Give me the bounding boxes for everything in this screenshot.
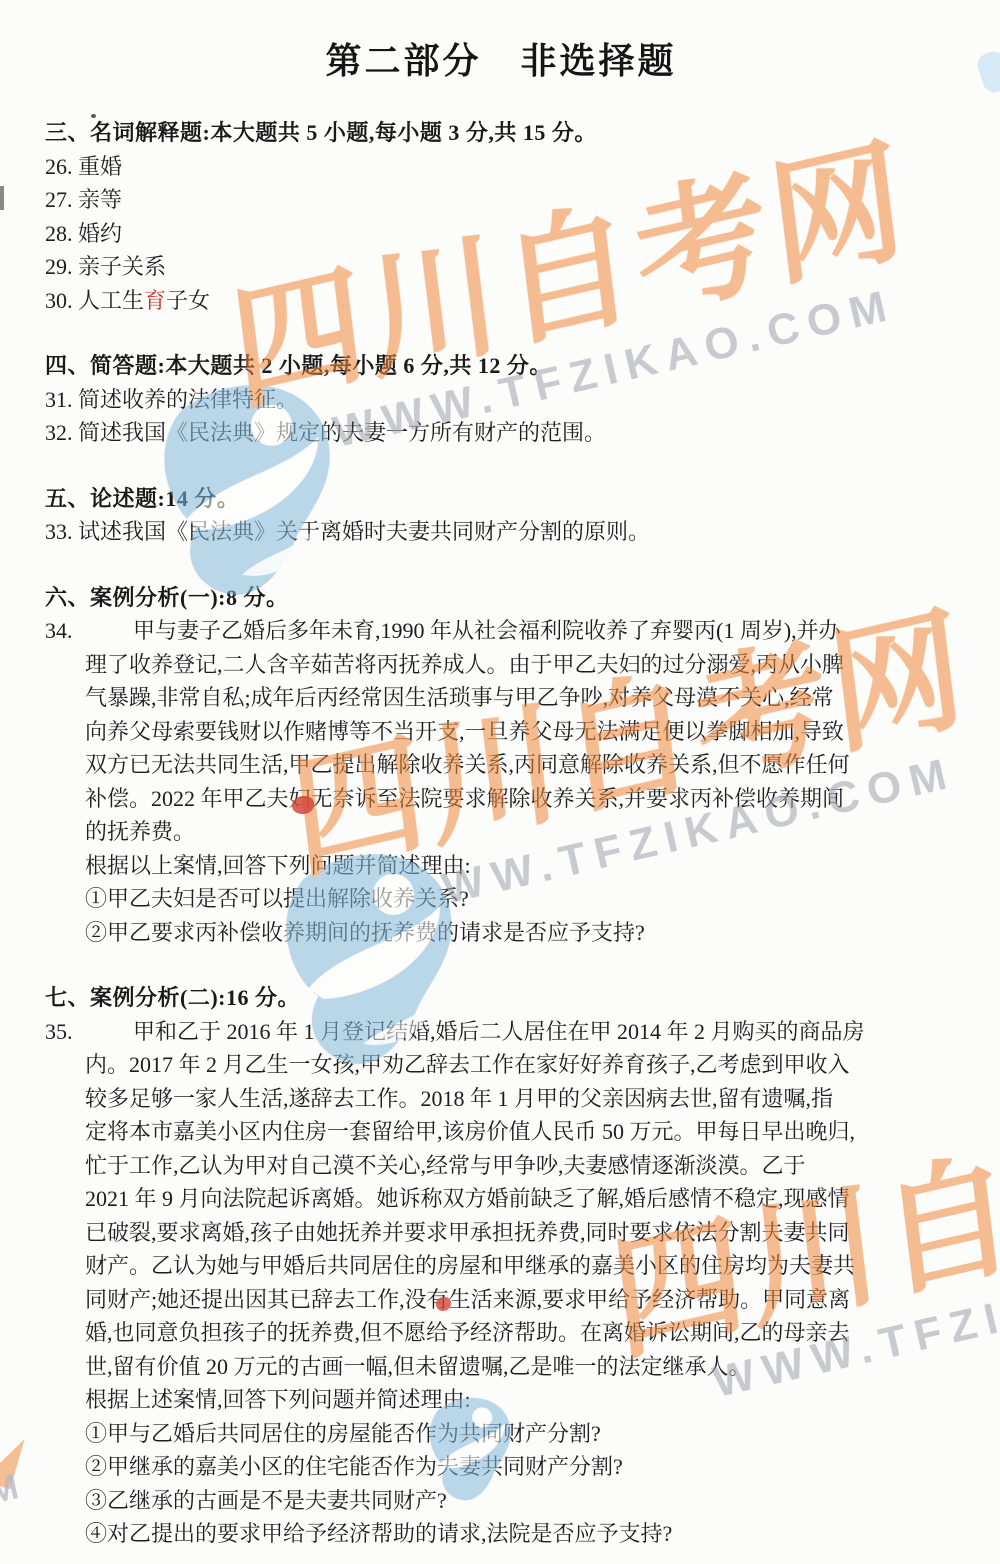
- text-segment: 的抚养费。: [85, 819, 195, 844]
- text-segment: 35.: [45, 1015, 133, 1049]
- text-line: 定将本市嘉美小区内住房一套留给甲,该房价值人民币 50 万元。甲每日早出晚归,: [45, 1115, 957, 1149]
- text-segment: 30. 人工生: [45, 288, 144, 313]
- text-line: ③乙继承的古画是不是夫妻共同财产?: [45, 1484, 957, 1518]
- text-segment: ①甲与乙婚后共同居住的房屋能否作为共同财产分割?: [85, 1421, 601, 1446]
- text-segment: 31. 简述收养的法律特征。: [45, 387, 298, 412]
- text-line: 补偿。2022 年甲乙夫妇无奈诉至法院要求解除收养关系,并要求丙补偿收养期间: [45, 782, 957, 816]
- clipped-watermark-fragment: [0, 1431, 25, 1489]
- text-line: 33. 试述我国《民法典》关于离婚时夫妻共同财产分割的原则。: [45, 515, 957, 549]
- section-heading: 四、简答题:本大题共 2 小题,每小题 6 分,共 12 分。: [45, 349, 957, 383]
- section-heading: 七、案例分析(二):16 分。: [45, 981, 957, 1015]
- text-segment: 甲与妻子乙婚后多年未育,1990 年从社会福利院收养了弃婴丙(1 周岁),并办: [133, 618, 841, 643]
- exam-sections: 三、名词解释题:本大题共 5 小题,每小题 3 分,共 15 分。26. 重婚2…: [45, 116, 957, 1551]
- text-line: 同财产;她还提出因其已辞去工作,没有生活来源,要求甲给予经济帮助。甲同意离: [45, 1283, 957, 1317]
- section-essay: 五、论述题:14 分。33. 试述我国《民法典》关于离婚时夫妻共同财产分割的原则…: [45, 482, 957, 549]
- text-line: 内。2017 年 2 月乙生一女孩,甲劝乙辞去工作在家好好养育孩子,乙考虑到甲收…: [45, 1048, 957, 1082]
- text-segment: 33. 试述我国《民法典》关于离婚时夫妻共同财产分割的原则。: [45, 519, 650, 544]
- text-segment: 已破裂,要求离婚,孩子由她抚养并要求甲承担抚养费,同时要求依法分割夫妻共同: [85, 1220, 850, 1245]
- text-line: 32. 简述我国《民法典》规定的夫妻一方所有财产的范围。: [45, 416, 957, 450]
- text-line: 根据以上案情,回答下列问题并简述理由:: [45, 849, 957, 883]
- text-segment: ④对乙提出的要求甲给予经济帮助的请求,法院是否应予支持?: [85, 1521, 672, 1546]
- text-segment: 理了收养登记,二人含辛茹苦将丙抚养成人。由于甲乙夫妇的过分溺爱,丙从小脾: [85, 652, 844, 677]
- text-line: 向养父母索要钱财以作赌博等不当开支,一旦养父母无法满足便以拳脚相加,导致: [45, 715, 957, 749]
- section-case-analysis-2: 七、案例分析(二):16 分。35.甲和乙于 2016 年 1 月登记结婚,婚后…: [45, 981, 957, 1551]
- text-segment: 26. 重婚: [45, 154, 122, 179]
- clipped-mascot-fragment: [975, 49, 1000, 96]
- section-case-analysis-1: 六、案例分析(一):8 分。34.甲与妻子乙婚后多年未育,1990 年从社会福利…: [45, 581, 957, 950]
- section-heading: 三、名词解释题:本大题共 5 小题,每小题 3 分,共 15 分。: [45, 116, 957, 150]
- text-line: ②甲乙要求丙补偿收养期间的抚养费的请求是否应予支持?: [45, 916, 957, 950]
- text-segment: 28. 婚约: [45, 221, 122, 246]
- text-segment: 婚,也同意负担孩子的抚养费,但不愿给予经济帮助。在离婚诉讼期间,乙的母亲去: [85, 1320, 850, 1345]
- text-line: 理了收养登记,二人含辛茹苦将丙抚养成人。由于甲乙夫妇的过分溺爱,丙从小脾: [45, 648, 957, 682]
- text-segment: 27. 亲等: [45, 187, 122, 212]
- clipped-watermark-letter: M: [0, 1465, 22, 1513]
- text-segment: 定将本市嘉美小区内住房一套留给甲,该房价值人民币 50 万元。甲每日早出晚归,: [85, 1119, 855, 1144]
- scanned-exam-page: 第二部分 非选择题 三、名词解释题:本大题共 5 小题,每小题 3 分,共 15…: [0, 0, 1000, 1564]
- text-line: ①甲乙夫妇是否可以提出解除收养关系?: [45, 882, 957, 916]
- text-segment: 补偿。2022 年甲乙夫妇无奈诉至法院要求解除收养关系,并要求丙补偿收养期间: [85, 786, 844, 811]
- text-segment: 根据上述案情,回答下列问题并简述理由:: [85, 1387, 471, 1412]
- section-heading: 六、案例分析(一):8 分。: [45, 581, 957, 615]
- page-title: 第二部分 非选择题: [45, 34, 957, 88]
- text-line: 34.甲与妻子乙婚后多年未育,1990 年从社会福利院收养了弃婴丙(1 周岁),…: [45, 614, 957, 648]
- text-line: 的抚养费。: [45, 815, 957, 849]
- text-line: 26. 重婚: [45, 150, 957, 184]
- text-segment: ②甲乙要求丙补偿收养期间的抚养费的请求是否应予支持?: [85, 920, 645, 945]
- text-segment: 34.: [45, 614, 133, 648]
- text-line: 婚,也同意负担孩子的抚养费,但不愿给予经济帮助。在离婚诉讼期间,乙的母亲去: [45, 1316, 957, 1350]
- text-line: 29. 亲子关系: [45, 250, 957, 284]
- text-segment: 世,留有价值 20 万元的古画一幅,但未留遗嘱,乙是唯一的法定继承人。: [85, 1354, 751, 1379]
- text-line: 35.甲和乙于 2016 年 1 月登记结婚,婚后二人居住在甲 2014 年 2…: [45, 1015, 957, 1049]
- section-heading: 五、论述题:14 分。: [45, 482, 957, 516]
- text-segment: 29. 亲子关系: [45, 254, 166, 279]
- text-line: 根据上述案情,回答下列问题并简述理由:: [45, 1383, 957, 1417]
- text-segment: 2021 年 9 月向法院起诉离婚。她诉称双方婚前缺乏了解,婚后感情不稳定,现感…: [85, 1186, 850, 1211]
- text-segment: 六、案例分析(一):8 分。: [45, 585, 288, 610]
- text-segment: 四、简答题:本大题共 2 小题,每小题 6 分,共 12 分。: [45, 353, 552, 378]
- text-segment: 五、论述题:14 分。: [45, 486, 239, 511]
- text-line: ②甲继承的嘉美小区的住宅能否作为夫妻共同财产分割?: [45, 1450, 957, 1484]
- text-segment: 32. 简述我国《民法典》规定的夫妻一方所有财产的范围。: [45, 420, 606, 445]
- text-segment: ①甲乙夫妇是否可以提出解除收养关系?: [85, 886, 469, 911]
- text-segment: 内。2017 年 2 月乙生一女孩,甲劝乙辞去工作在家好好养育孩子,乙考虑到甲收…: [85, 1052, 850, 1077]
- text-line: 世,留有价值 20 万元的古画一幅,但未留遗嘱,乙是唯一的法定继承人。: [45, 1350, 957, 1384]
- text-segment: 子女: [166, 288, 210, 313]
- text-line: 忙于工作,乙认为甲对自己漠不关心,经常与甲争吵,夫妻感情逐渐淡漠。乙于: [45, 1149, 957, 1183]
- text-line: 财产。乙认为她与甲婚后共同居住的房屋和甲继承的嘉美小区的住房均为夫妻共: [45, 1249, 957, 1283]
- text-segment: 向养父母索要钱财以作赌博等不当开支,一旦养父母无法满足便以拳脚相加,导致: [85, 719, 844, 744]
- section-short-answer: 四、简答题:本大题共 2 小题,每小题 6 分,共 12 分。31. 简述收养的…: [45, 349, 957, 450]
- text-segment: 双方已无法共同生活,甲乙提出解除收养关系,丙同意解除收养关系,但不愿作任何: [85, 752, 850, 777]
- text-line: 已破裂,要求离婚,孩子由她抚养并要求甲承担抚养费,同时要求依法分割夫妻共同: [45, 1216, 957, 1250]
- text-segment: ②甲继承的嘉美小区的住宅能否作为夫妻共同财产分割?: [85, 1454, 623, 1479]
- text-line: 28. 婚约: [45, 217, 957, 251]
- text-segment: 根据以上案情,回答下列问题并简述理由:: [85, 853, 471, 878]
- text-line: 气暴躁,非常自私;成年后丙经常因生活琐事与甲乙争吵,对养父母漠不关心,经常: [45, 681, 957, 715]
- text-segment: 气暴躁,非常自私;成年后丙经常因生活琐事与甲乙争吵,对养父母漠不关心,经常: [85, 685, 834, 710]
- text-line: 30. 人工生育子女: [45, 284, 957, 318]
- text-line: 27. 亲等: [45, 183, 957, 217]
- scan-edge-artifact: [0, 186, 4, 210]
- text-segment: 七、案例分析(二):16 分。: [45, 985, 300, 1010]
- red-highlight-char: 育: [144, 288, 166, 313]
- text-segment: 三、名词解释题:本大题共 5 小题,每小题 3 分,共 15 分。: [45, 120, 597, 145]
- text-line: 31. 简述收养的法律特征。: [45, 383, 957, 417]
- section-terms: 三、名词解释题:本大题共 5 小题,每小题 3 分,共 15 分。26. 重婚2…: [45, 116, 957, 317]
- text-line: 双方已无法共同生活,甲乙提出解除收养关系,丙同意解除收养关系,但不愿作任何: [45, 748, 957, 782]
- text-segment: 财产。乙认为她与甲婚后共同居住的房屋和甲继承的嘉美小区的住房均为夫妻共: [85, 1253, 855, 1278]
- exam-content: 第二部分 非选择题 三、名词解释题:本大题共 5 小题,每小题 3 分,共 15…: [45, 34, 957, 1551]
- text-line: 2021 年 9 月向法院起诉离婚。她诉称双方婚前缺乏了解,婚后感情不稳定,现感…: [45, 1182, 957, 1216]
- text-segment: ③乙继承的古画是不是夫妻共同财产?: [85, 1488, 447, 1513]
- text-segment: 较多足够一家人生活,遂辞去工作。2018 年 1 月甲的父亲因病去世,留有遗嘱,…: [85, 1086, 833, 1111]
- text-line: ④对乙提出的要求甲给予经济帮助的请求,法院是否应予支持?: [45, 1517, 957, 1551]
- text-line: 较多足够一家人生活,遂辞去工作。2018 年 1 月甲的父亲因病去世,留有遗嘱,…: [45, 1082, 957, 1116]
- text-segment: 甲和乙于 2016 年 1 月登记结婚,婚后二人居住在甲 2014 年 2 月购…: [133, 1019, 865, 1044]
- text-segment: 同财产;她还提出因其已辞去工作,没有生活来源,要求甲给予经济帮助。甲同意离: [85, 1287, 850, 1312]
- text-line: ①甲与乙婚后共同居住的房屋能否作为共同财产分割?: [45, 1417, 957, 1451]
- text-segment: 忙于工作,乙认为甲对自己漠不关心,经常与甲争吵,夫妻感情逐渐淡漠。乙于: [85, 1153, 806, 1178]
